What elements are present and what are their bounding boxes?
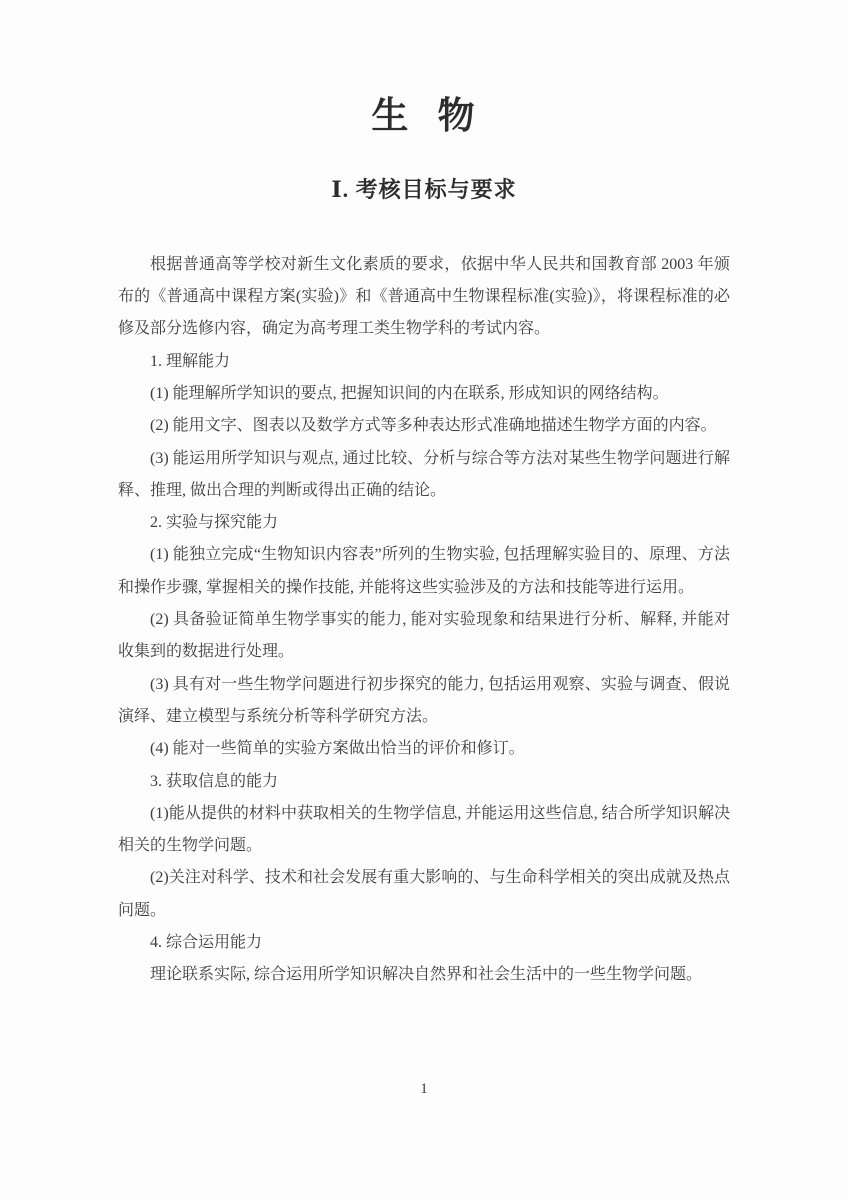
page-number: 1: [0, 1081, 848, 1098]
document-title: 生 物: [0, 0, 848, 139]
item-ability-2-3: (3) 具有对一些生物学问题进行初步探究的能力, 包括运用观察、实验与调查、假说…: [118, 669, 730, 734]
item-ability-1-1: (1) 能理解所学知识的要点, 把握知识间的内在联系, 形成知识的网络结构。: [118, 378, 730, 410]
document-page: 生 物 Ⅰ. 考核目标与要求 根据普通高等学校对新生文化素质的要求，依据中华人民…: [0, 0, 848, 1200]
item-ability-1-3: (3) 能运用所学知识与观点, 通过比较、分析与综合等方法对某些生物学问题进行解…: [118, 443, 730, 508]
heading-ability-1: 1. 理解能力: [118, 346, 730, 378]
heading-ability-4: 4. 综合运用能力: [118, 927, 730, 959]
document-body: 根据普通高等学校对新生文化素质的要求，依据中华人民共和国教育部 2003 年颁布…: [118, 249, 730, 992]
item-ability-2-4: (4) 能对一些简单的实验方案做出恰当的评价和修订。: [118, 733, 730, 765]
item-ability-1-2: (2) 能用文字、图表以及数学方式等多种表达形式准确地描述生物学方面的内容。: [118, 410, 730, 442]
item-ability-3-1: (1)能从提供的材料中获取相关的生物学信息, 并能运用这些信息, 结合所学知识解…: [118, 798, 730, 863]
paragraph-ability-4: 理论联系实际, 综合运用所学知识解决自然界和社会生活中的一些生物学问题。: [118, 959, 730, 991]
section-heading: Ⅰ. 考核目标与要求: [0, 177, 848, 203]
paragraph-intro: 根据普通高等学校对新生文化素质的要求，依据中华人民共和国教育部 2003 年颁布…: [118, 249, 730, 346]
item-ability-2-2: (2) 具备验证简单生物学事实的能力, 能对实验现象和结果进行分析、解释, 并能…: [118, 604, 730, 669]
heading-ability-2: 2. 实验与探究能力: [118, 507, 730, 539]
item-ability-2-1: (1) 能独立完成“生物知识内容表”所列的生物实验, 包括理解实验目的、原理、方…: [118, 539, 730, 604]
heading-ability-3: 3. 获取信息的能力: [118, 766, 730, 798]
item-ability-3-2: (2)关注对科学、技术和社会发展有重大影响的、与生命科学相关的突出成就及热点问题…: [118, 862, 730, 927]
